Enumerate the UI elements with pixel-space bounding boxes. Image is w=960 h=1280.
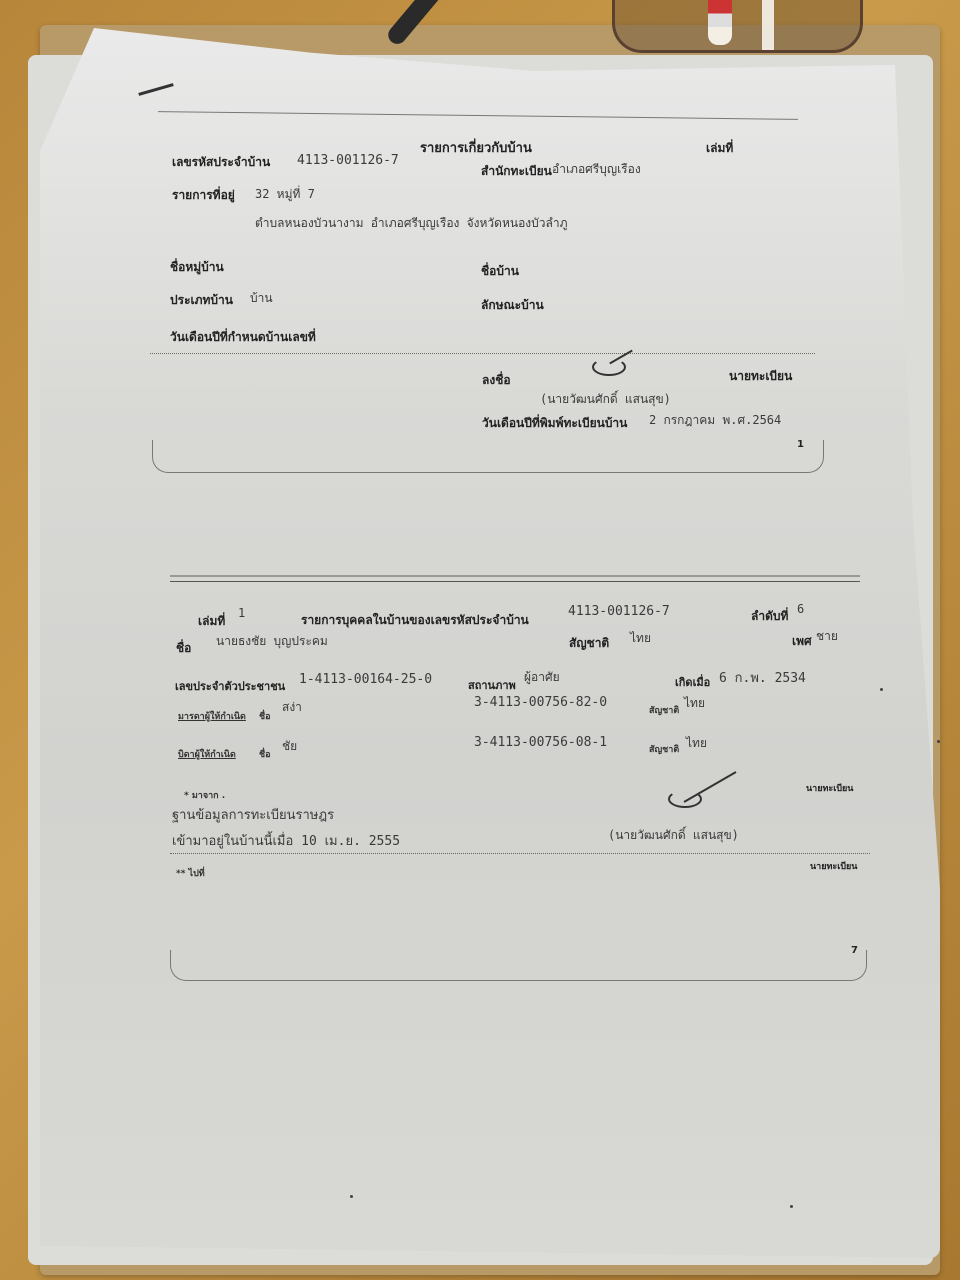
mother-nationality: ไทย [684, 694, 705, 713]
assigned-date-label: วันเดือนปีที่กำหนดบ้านเลขที่ [170, 328, 316, 347]
address-line2: ตำบลหนองบัวนางาม อำเภอศรีบุญเรือง จังหวั… [255, 214, 568, 233]
father-name-label: ชื่อ [259, 747, 271, 761]
address-line1: 32 หมู่ที่ 7 [255, 185, 315, 204]
registrar-title: นายทะเบียน [729, 367, 792, 386]
registrar-title-2a: นายทะเบียน [806, 781, 853, 795]
print-date-label: วันเดือนปีที่พิมพ์ทะเบียนบ้าน [482, 414, 627, 433]
moved-from-line1: ฐานข้อมูลการทะเบียนราษฎร [172, 804, 334, 825]
speck [350, 1195, 353, 1198]
sex: ชาย [816, 627, 838, 646]
moved-from-line2: เข้ามาอยู่ในบ้านนี้เมื่อ 10 เม.ย. 2555 [172, 830, 400, 851]
moved-to-label: ** ไปที่ [176, 866, 205, 880]
book-no-label-2: เล่มที่ [198, 612, 225, 631]
book-no: 1 [238, 606, 245, 620]
registry-office-label: สำนักทะเบียน [481, 162, 552, 181]
father-nationality-label: สัญชาติ [649, 742, 679, 756]
father-id: 3-4113-00756-08-1 [474, 735, 607, 750]
citizen-id: 1-4113-00164-25-0 [299, 672, 432, 687]
house-code-label: เลขรหัสประจำบ้าน [172, 153, 270, 172]
father-nationality: ไทย [686, 734, 707, 753]
speck [880, 688, 883, 691]
section2-title: รายการบุคคลในบ้านของเลขรหัสประจำบ้าน [301, 611, 529, 630]
mother-name-label: ชื่อ [259, 709, 271, 723]
sex-label: เพศ [792, 632, 812, 651]
glasses-case [612, 0, 863, 53]
print-date: 2 กรกฎาคม พ.ศ.2564 [649, 411, 781, 430]
dotted-divider [150, 353, 815, 354]
moved-from-label: * มาจาก . [184, 788, 225, 802]
dotted-divider-2 [170, 853, 870, 854]
mother-label: มารดาผู้ให้กำเนิด [178, 709, 246, 723]
registrar-signature [592, 358, 626, 376]
status-label: สถานภาพ [468, 676, 516, 694]
house-code-2: 4113-001126-7 [568, 604, 670, 619]
father-name: ชัย [282, 737, 297, 756]
name-label: ชื่อ [176, 639, 191, 658]
section1-frame [152, 440, 824, 473]
house-type-label: ประเภทบ้าน [170, 291, 233, 310]
birth-label: เกิดเมื่อ [675, 673, 710, 691]
section1-title: รายการเกี่ยวกับบ้าน [420, 137, 532, 158]
house-characteristic-label: ลักษณะบ้าน [481, 296, 544, 315]
house-code: 4113-001126-7 [297, 153, 399, 168]
order-no: 6 [797, 602, 804, 616]
registry-office: อำเภอศรีบุญเรือง [552, 160, 641, 179]
house-type: บ้าน [250, 289, 273, 308]
registrar-name: (นายวัฒนศักดิ์ แสนสุข) [540, 390, 671, 409]
registrar-name-2: (นายวัฒนศักดิ์ แสนสุข) [608, 826, 739, 845]
address-label: รายการที่อยู่ [172, 186, 235, 205]
speck [790, 1205, 793, 1208]
pencil [708, 0, 732, 45]
father-label: บิดาผู้ให้กำเนิด [178, 747, 236, 761]
nationality-label: สัญชาติ [569, 634, 609, 653]
registrar-title-2b: นายทะเบียน [810, 859, 857, 873]
nationality: ไทย [630, 629, 651, 648]
section2-top-rule-2 [170, 581, 860, 582]
signed-label: ลงชื่อ [482, 371, 511, 390]
section2-top-rule [170, 575, 860, 577]
section2-frame [170, 950, 867, 981]
mother-id: 3-4113-00756-82-0 [474, 695, 607, 710]
mother-nationality-label: สัญชาติ [649, 703, 679, 717]
birth-date: 6 ก.พ. 2534 [719, 667, 806, 688]
village-name-label: ชื่อหมู่บ้าน [170, 258, 224, 277]
mother-name: สง่า [282, 698, 302, 717]
person-name: นายธงชัย บุญประคม [216, 632, 328, 651]
order-label: ลำดับที่ [751, 607, 788, 626]
citizen-id-label: เลขประจำตัวประชาชน [175, 677, 285, 695]
house-name-label: ชื่อบ้าน [481, 262, 519, 281]
speck [937, 740, 940, 743]
book-no-label: เล่มที่ [706, 139, 733, 158]
stick [762, 0, 774, 50]
status: ผู้อาศัย [524, 668, 560, 687]
